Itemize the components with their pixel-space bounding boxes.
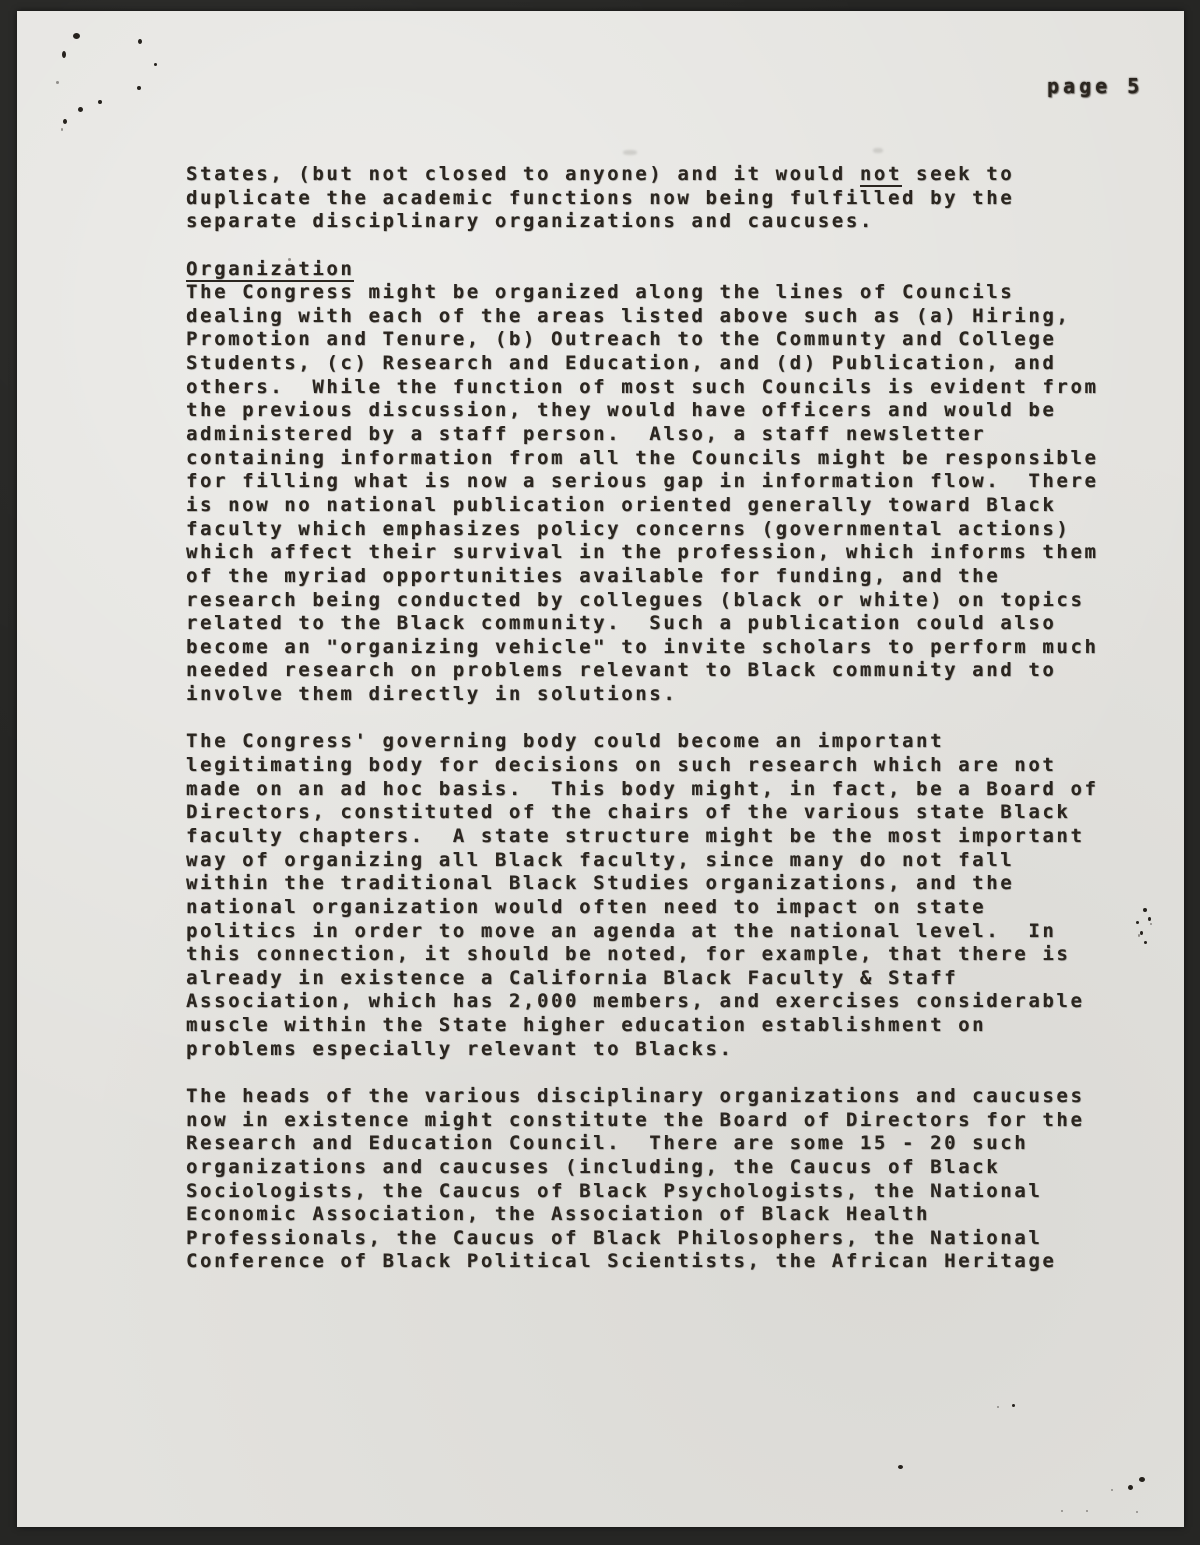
text-line: separate disciplinary organizations and … (186, 210, 1146, 234)
ink-speck (61, 128, 63, 131)
text-line: faculty chapters. A state structure migh… (186, 825, 1146, 849)
text-line: is now no national publication oriented … (186, 494, 1146, 518)
text-line: organizations and caucuses (including, t… (186, 1156, 1146, 1180)
ink-speck (1086, 1510, 1088, 1512)
ink-speck (138, 39, 142, 44)
text-line: The heads of the various disciplinary or… (186, 1085, 1146, 1109)
smudge (623, 150, 637, 155)
paragraph-3: The Congress' governing body could becom… (186, 730, 1146, 1061)
text-line: within the traditional Black Studies org… (186, 872, 1146, 896)
paragraph-gap (186, 234, 1146, 258)
document-text: States, (but not closed to anyone) and i… (186, 163, 1146, 1274)
paragraph-1: States, (but not closed to anyone) and i… (186, 163, 1146, 234)
text-line: Conference of Black Political Scientists… (186, 1250, 1146, 1274)
text-line: national organization would often need t… (186, 896, 1146, 920)
text-line: muscle within the State higher education… (186, 1014, 1146, 1038)
text-line: Association, which has 2,000 members, an… (186, 990, 1146, 1014)
text-line: The Congress might be organized along th… (186, 281, 1146, 305)
ink-speck (1111, 1489, 1113, 1491)
text-line: this connection, it should be noted, for… (186, 943, 1146, 967)
smudge (873, 148, 883, 153)
text-line: related to the Black community. Such a p… (186, 612, 1146, 636)
ink-speck (1139, 1477, 1145, 1482)
heading-text: Organization (186, 258, 354, 282)
paragraph-2: The Congress might be organized along th… (186, 281, 1146, 707)
ink-speck (1136, 1511, 1138, 1513)
paragraph-gap (186, 1061, 1146, 1085)
ink-speck (1148, 917, 1151, 921)
text-line: already in existence a California Black … (186, 967, 1146, 991)
text-line: States, (but not closed to anyone) and i… (186, 163, 1146, 187)
text-line: now in existence might constitute the Bo… (186, 1109, 1146, 1133)
paragraph-gap (186, 707, 1146, 731)
ink-speck (1061, 1510, 1063, 1512)
text-line: way of organizing all Black faculty, sin… (186, 849, 1146, 873)
text-line: Directors, constituted of the chairs of … (186, 801, 1146, 825)
text-line: Professionals, the Caucus of Black Philo… (186, 1227, 1146, 1251)
ink-speck (63, 119, 67, 124)
page-number: page 5 (1047, 74, 1143, 98)
ink-speck (1128, 1485, 1133, 1490)
text-line: dealing with each of the areas listed ab… (186, 305, 1146, 329)
text-segment: seek to (902, 163, 1014, 185)
text-line: administered by a staff person. Also, a … (186, 423, 1146, 447)
document-page: page 5 States, (but not closed to anyone… (17, 11, 1184, 1527)
ink-speck (1012, 1404, 1015, 1407)
paragraph-4: The heads of the various disciplinary or… (186, 1085, 1146, 1274)
text-line: involve them directly in solutions. (186, 683, 1146, 707)
ink-speck (137, 86, 141, 90)
text-line: for filling what is now a serious gap in… (186, 470, 1146, 494)
text-line: Promotion and Tenure, (b) Outreach to th… (186, 328, 1146, 352)
text-line: Students, (c) Research and Education, an… (186, 352, 1146, 376)
text-line: others. While the function of most such … (186, 376, 1146, 400)
text-line: the previous discussion, they would have… (186, 399, 1146, 423)
text-line: The Congress' governing body could becom… (186, 730, 1146, 754)
ink-speck (98, 100, 102, 104)
text-line: containing information from all the Coun… (186, 447, 1146, 471)
ink-speck (78, 107, 83, 112)
text-line: which affect their survival in the profe… (186, 541, 1146, 565)
text-line: politics in order to move an agenda at t… (186, 920, 1146, 944)
text-line: legitimating body for decisions on such … (186, 754, 1146, 778)
ink-speck (898, 1465, 903, 1469)
section-heading: Organization (186, 258, 1146, 282)
text-line: made on an ad hoc basis. This body might… (186, 778, 1146, 802)
ink-speck (1150, 923, 1152, 925)
text-segment: States, (but not closed to anyone) and i… (186, 163, 860, 185)
text-line: duplicate the academic functions now bei… (186, 187, 1146, 211)
ink-speck (997, 1406, 999, 1408)
text-line: research being conducted by collegues (b… (186, 589, 1146, 613)
ink-speck (73, 33, 80, 39)
text-line: Sociologists, the Caucus of Black Psycho… (186, 1180, 1146, 1204)
text-line: become an "organizing vehicle" to invite… (186, 636, 1146, 660)
ink-speck (154, 63, 157, 66)
text-line: Economic Association, the Association of… (186, 1203, 1146, 1227)
text-line: needed research on problems relevant to … (186, 659, 1146, 683)
ink-speck (56, 81, 59, 84)
text-line: problems especially relevant to Blacks. (186, 1038, 1146, 1062)
paragraph-1-lines: duplicate the academic functions now bei… (186, 187, 1146, 234)
text-line: faculty which emphasizes policy concerns… (186, 518, 1146, 542)
text-line: Research and Education Council. There ar… (186, 1132, 1146, 1156)
underlined-word: not (860, 163, 902, 187)
text-line: of the myriad opportunities available fo… (186, 565, 1146, 589)
ink-speck (62, 51, 66, 58)
